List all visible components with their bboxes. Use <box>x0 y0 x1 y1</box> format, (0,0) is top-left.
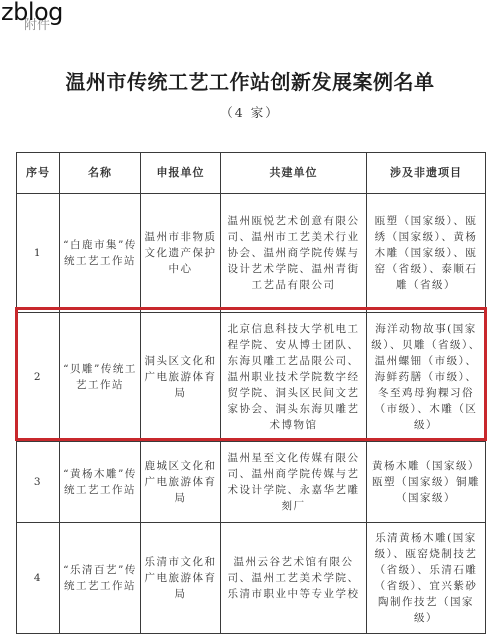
cell-index: 3 <box>17 442 60 523</box>
page-title: 温州市传统工艺工作站创新发展案例名单 <box>0 66 500 95</box>
cell-applicant: 乐清市文化和广电旅游体育局 <box>141 523 221 634</box>
header-applicant: 申报单位 <box>141 153 221 194</box>
cell-partners: 温州星至文化传媒有限公司、温州商学院传媒与艺术设计学院、永嘉华艺雕刻厂 <box>221 442 367 523</box>
cell-applicant: 鹿城区文化和广电旅游体育局 <box>141 442 221 523</box>
cell-partners: 北京信息科技大学机电工程学院、安从博士团队、东海贝雕工艺品限公司、温州职业技术学… <box>221 313 367 442</box>
cell-heritage-items: 海洋动物故事(国家级）、贝雕（省级）、温州螺钿（市级）、海鲜药膳（市级）、冬至鸡… <box>367 313 486 442</box>
table-row: 1 “白鹿市集”传统工艺工作站 温州市非物质文化遗产保护中心 温州瓯悦艺术创意有… <box>17 194 486 313</box>
header-name: 名称 <box>60 153 141 194</box>
cell-index: 2 <box>17 313 60 442</box>
cell-heritage-items: 瓯塑（国家级）、瓯绣（国家级）、黄杨木雕（国家级）、瓯窑（省级）、泰顺石雕（省级… <box>367 194 486 313</box>
cell-applicant: 洞头区文化和广电旅游体育局 <box>141 313 221 442</box>
header-index: 序号 <box>17 153 60 194</box>
watermark-text: zblog <box>1 0 63 26</box>
cell-name: “白鹿市集”传统工艺工作站 <box>60 194 141 313</box>
table-row: 3 “黄杨木雕”传统工艺工作站 鹿城区文化和广电旅游体育局 温州星至文化传媒有限… <box>17 442 486 523</box>
cell-heritage-items: 黄杨木雕（国家级）瓯塑（国家级）铜雕（国家级） <box>367 442 486 523</box>
cell-name: “乐清百艺”传统工艺工作站 <box>60 523 141 634</box>
cell-partners: 温州云谷艺术馆有限公司、温州工艺美术学院、乐清市职业中等专业学校 <box>221 523 367 634</box>
cell-index: 1 <box>17 194 60 313</box>
case-list-table: 序号 名称 申报单位 共建单位 涉及非遗项目 1 “白鹿市集”传统工艺工作站 温… <box>16 152 486 634</box>
header-partners: 共建单位 <box>221 153 367 194</box>
cell-partners: 温州瓯悦艺术创意有限公司、温州市工艺美术行业协会、温州商学院传媒与设计艺术学院、… <box>221 194 367 313</box>
cell-name: “黄杨木雕”传统工艺工作站 <box>60 442 141 523</box>
table-header-row: 序号 名称 申报单位 共建单位 涉及非遗项目 <box>17 153 486 194</box>
cell-heritage-items: 乐清黄杨木雕(国家级）、瓯窑烧制技艺（省级）、乐清石雕（省级）、宜兴紫砂陶制作技… <box>367 523 486 634</box>
table-row-highlighted: 2 “贝雕”传统工艺工作站 洞头区文化和广电旅游体育局 北京信息科技大学机电工程… <box>17 313 486 442</box>
cell-index: 4 <box>17 523 60 634</box>
cell-applicant: 温州市非物质文化遗产保护中心 <box>141 194 221 313</box>
page-subtitle: （4 家） <box>0 103 500 121</box>
table-row: 4 “乐清百艺”传统工艺工作站 乐清市文化和广电旅游体育局 温州云谷艺术馆有限公… <box>17 523 486 634</box>
header-heritage-items: 涉及非遗项目 <box>367 153 486 194</box>
cell-name: “贝雕”传统工艺工作站 <box>60 313 141 442</box>
